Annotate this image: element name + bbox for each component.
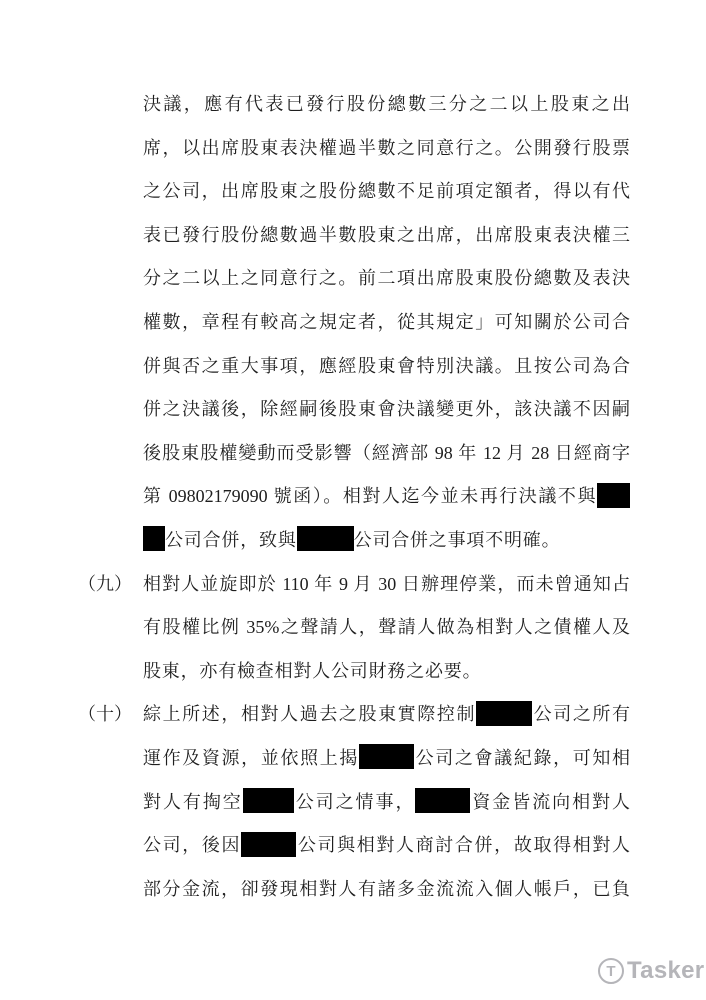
line-content: 分之二以上之同意行之。前二項出席股東股份總數及表決 xyxy=(143,257,630,301)
doc-line: 有股權比例 35%之聲請人，聲請人做為相對人之債權人及 xyxy=(78,606,630,650)
indent-spacer xyxy=(78,432,143,476)
line-content: 權數，章程有較高之規定者，從其規定」可知關於公司合 xyxy=(143,301,630,345)
text-segment: 公司之情事， xyxy=(294,792,416,812)
tasker-brand-text: Tasker xyxy=(627,957,704,985)
line-content: 對人有掏空公司之情事，資金皆流向相對人 xyxy=(143,781,630,825)
doc-line: 之公司，出席股東之股份總數不足前項定額者，得以有代 xyxy=(78,170,630,214)
indent-spacer xyxy=(78,388,143,432)
text-segment: 股東，亦有檢查相對人公司財務之必要。 xyxy=(143,661,481,681)
redaction-box xyxy=(297,526,354,551)
line-content: 併與否之重大事項，應經股東會特別決議。且按公司為合 xyxy=(143,345,630,389)
tasker-logo-letter: T xyxy=(606,964,615,979)
text-segment: 表已發行股份總數過半數股東之出席，出席股東表決權三 xyxy=(143,225,630,245)
line-content: 公司合併，致與公司合併之事項不明確。 xyxy=(143,519,630,563)
text-segment: 對人有掏空 xyxy=(143,792,243,812)
indent-spacer xyxy=(78,127,143,171)
indent-spacer xyxy=(78,83,143,127)
line-content: 併之決議後，除經嗣後股東會決議變更外，該決議不因嗣 xyxy=(143,388,630,432)
line-content: 之公司，出席股東之股份總數不足前項定額者，得以有代 xyxy=(143,170,630,214)
doc-line: 併與否之重大事項，應經股東會特別決議。且按公司為合 xyxy=(78,345,630,389)
indent-spacer xyxy=(78,824,143,868)
line-content: 綜上所述，相對人過去之股東實際控制公司之所有 xyxy=(143,693,630,737)
doc-line: 部分金流，卻發現相對人有諸多金流流入個人帳戶，已負 xyxy=(78,868,630,912)
text-segment: 併與否之重大事項，應經股東會特別決議。且按公司為合 xyxy=(143,356,630,376)
line-content: 表已發行股份總數過半數股東之出席，出席股東表決權三 xyxy=(143,214,630,258)
redaction-box xyxy=(241,832,296,857)
text-segment: 後股東股權變動而受影響（經濟部 98 年 12 月 28 日經商字 xyxy=(143,443,630,463)
indent-spacer xyxy=(78,214,143,258)
doc-line: （十）綜上所述，相對人過去之股東實際控制公司之所有 xyxy=(78,693,630,737)
text-segment: 相對人並旋即於 110 年 9 月 30 日辦理停業，而未曾通知占 xyxy=(143,574,630,594)
line-content: 部分金流，卻發現相對人有諸多金流流入個人帳戶，已負 xyxy=(143,868,630,912)
document-body: 決議，應有代表已發行股份總數三分之二以上股東之出席，以出席股東表決權過半數之同意… xyxy=(0,83,706,911)
line-content: 後股東股權變動而受影響（經濟部 98 年 12 月 28 日經商字 xyxy=(143,432,630,476)
doc-line: 第 09802179090 號函）。相對人迄今並未再行決議不與 xyxy=(78,475,630,519)
indent-spacer xyxy=(78,781,143,825)
doc-line: 表已發行股份總數過半數股東之出席，出席股東表決權三 xyxy=(78,214,630,258)
indent-spacer xyxy=(78,606,143,650)
redaction-box xyxy=(476,701,532,726)
doc-line: 股東，亦有檢查相對人公司財務之必要。 xyxy=(78,650,630,694)
line-content: 相對人並旋即於 110 年 9 月 30 日辦理停業，而未曾通知占 xyxy=(143,563,630,607)
redaction-box xyxy=(243,788,294,813)
line-content: 運作及資源，並依照上揭公司之會議紀錄，可知相 xyxy=(143,737,630,781)
redaction-box xyxy=(597,483,630,508)
indent-spacer xyxy=(78,868,143,912)
indent-spacer xyxy=(78,301,143,345)
text-segment: 公司之會議紀錄，可知相 xyxy=(414,748,630,768)
doc-line: 公司合併，致與公司合併之事項不明確。 xyxy=(78,519,630,563)
text-segment: 公司與相對人商討合併，故取得相對人 xyxy=(296,835,630,855)
text-segment: 公司合併之事項不明確。 xyxy=(354,530,561,550)
line-content: 公司，後因公司與相對人商討合併，故取得相對人 xyxy=(143,824,630,868)
text-segment: 席，以出席股東表決權過半數之同意行之。公開發行股票 xyxy=(143,138,630,158)
line-content: 決議，應有代表已發行股份總數三分之二以上股東之出 xyxy=(143,83,630,127)
tasker-watermark: T Tasker xyxy=(598,955,704,987)
text-segment: 運作及資源，並依照上揭 xyxy=(143,748,359,768)
text-segment: 分之二以上之同意行之。前二項出席股東股份總數及表決 xyxy=(143,268,630,288)
doc-line: 公司，後因公司與相對人商討合併，故取得相對人 xyxy=(78,824,630,868)
document-page: 決議，應有代表已發行股份總數三分之二以上股東之出席，以出席股東表決權過半數之同意… xyxy=(0,0,706,1000)
doc-line: 權數，章程有較高之規定者，從其規定」可知關於公司合 xyxy=(78,301,630,345)
line-content: 席，以出席股東表決權過半數之同意行之。公開發行股票 xyxy=(143,127,630,171)
redaction-box xyxy=(359,744,414,769)
text-segment: 部分金流，卻發現相對人有諸多金流流入個人帳戶，已負 xyxy=(143,879,630,899)
doc-line: 決議，應有代表已發行股份總數三分之二以上股東之出 xyxy=(78,83,630,127)
line-content: 有股權比例 35%之聲請人，聲請人做為相對人之債權人及 xyxy=(143,606,630,650)
doc-line: 席，以出席股東表決權過半數之同意行之。公開發行股票 xyxy=(78,127,630,171)
indent-spacer xyxy=(78,475,143,519)
indent-spacer xyxy=(78,345,143,389)
indent-spacer xyxy=(78,519,143,563)
indent-spacer xyxy=(78,257,143,301)
doc-line: 後股東股權變動而受影響（經濟部 98 年 12 月 28 日經商字 xyxy=(78,432,630,476)
text-segment: 併之決議後，除經嗣後股東會決議變更外，該決議不因嗣 xyxy=(143,399,630,419)
indent-spacer xyxy=(78,737,143,781)
line-content: 股東，亦有檢查相對人公司財務之必要。 xyxy=(143,650,630,694)
doc-line: 對人有掏空公司之情事，資金皆流向相對人 xyxy=(78,781,630,825)
text-segment: 綜上所述，相對人過去之股東實際控制 xyxy=(143,704,476,724)
doc-line: 運作及資源，並依照上揭公司之會議紀錄，可知相 xyxy=(78,737,630,781)
text-segment: 之公司，出席股東之股份總數不足前項定額者，得以有代 xyxy=(143,181,630,201)
line-content: 第 09802179090 號函）。相對人迄今並未再行決議不與 xyxy=(143,475,630,519)
text-segment: 資金皆流向相對人 xyxy=(470,792,630,812)
indent-spacer xyxy=(78,650,143,694)
text-segment: 公司，後因 xyxy=(143,835,241,855)
text-segment: 公司之所有 xyxy=(532,704,630,724)
doc-line: 分之二以上之同意行之。前二項出席股東股份總數及表決 xyxy=(78,257,630,301)
redaction-box xyxy=(415,788,470,813)
text-segment: 第 09802179090 號函）。相對人迄今並未再行決議不與 xyxy=(143,486,597,506)
doc-line: 併之決議後，除經嗣後股東會決議變更外，該決議不因嗣 xyxy=(78,388,630,432)
tasker-logo-icon: T xyxy=(598,958,624,984)
item-number-label: （九） xyxy=(78,563,143,607)
text-segment: 決議，應有代表已發行股份總數三分之二以上股東之出 xyxy=(143,94,630,114)
indent-spacer xyxy=(78,170,143,214)
text-segment: 權數，章程有較高之規定者，從其規定」可知關於公司合 xyxy=(143,312,630,332)
text-segment: 有股權比例 35%之聲請人，聲請人做為相對人之債權人及 xyxy=(143,617,630,637)
doc-line: （九）相對人並旋即於 110 年 9 月 30 日辦理停業，而未曾通知占 xyxy=(78,563,630,607)
redaction-box xyxy=(143,526,165,551)
text-segment: 公司合併，致與 xyxy=(165,530,297,550)
item-number-label: （十） xyxy=(78,693,143,737)
